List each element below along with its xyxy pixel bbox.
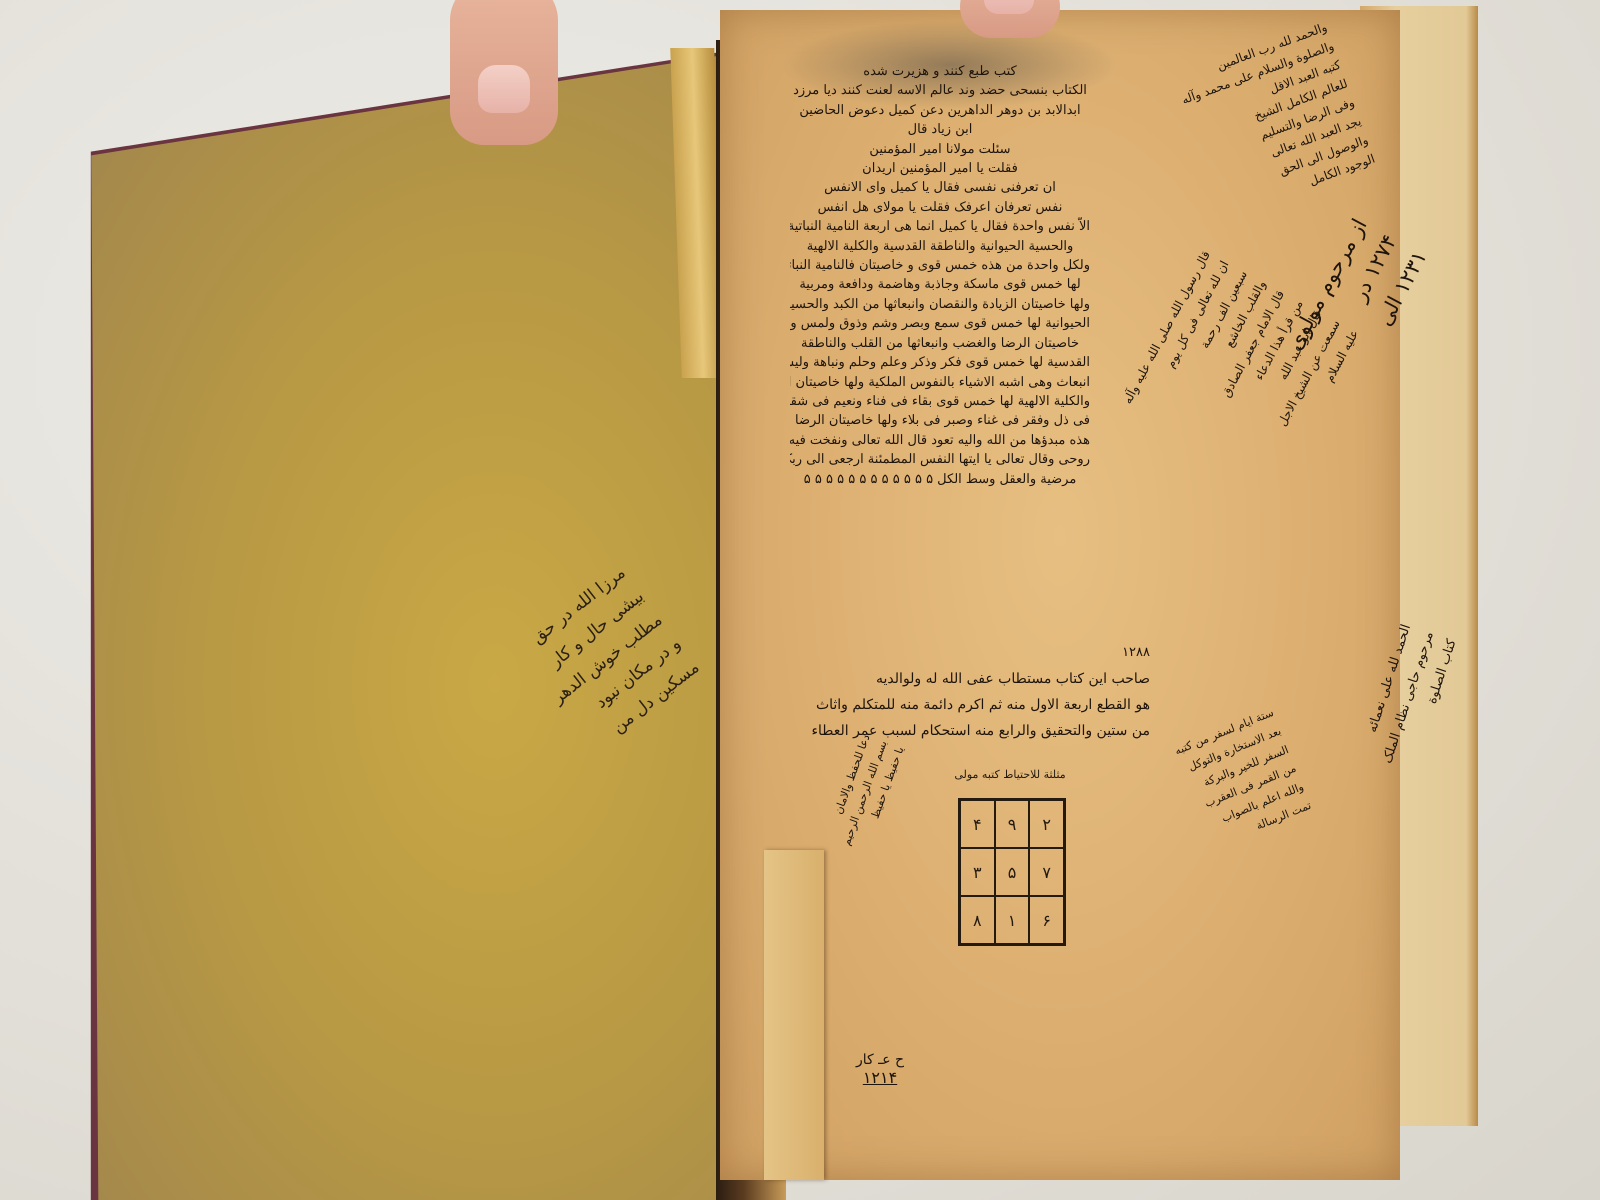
main-text-line: ولها خاصیتان الزیادة والنقصان وانبعاثها … — [790, 295, 1090, 314]
signature-text: ح عـ کار — [820, 1052, 940, 1068]
main-text-line: ولکل واحدة من هذه خمس قوی و خاصیتان فالن… — [790, 256, 1090, 275]
main-text-line: سئلت مولانا امیر المؤمنین — [790, 140, 1090, 159]
main-text-line: روحی وقال تعالی یا ایتها النفس المطمئنة … — [790, 450, 1090, 469]
left-page — [70, 52, 778, 1200]
magic-square-cell: ۱ — [995, 896, 1030, 944]
magic-square-caption: مثلثة للاحتیاط کتبه مولی — [950, 768, 1070, 781]
magic-square-cell: ۷ — [1029, 848, 1064, 896]
note-line: صاحب این کتاب مستطاب عفی الله له ولوالدی… — [800, 666, 1150, 692]
magic-square-cell: ۳ — [960, 848, 995, 896]
main-text-line: والکلیة الالهیة لها خمس قوی بقاء فی فناء… — [790, 392, 1090, 411]
thumbnail — [984, 0, 1034, 14]
bottom-signature: ح عـ کار ١٢١۴ — [820, 1052, 940, 1087]
signature-year: ١٢١۴ — [820, 1068, 940, 1087]
left-thumb — [450, 0, 558, 145]
magic-square-cell: ۵ — [995, 848, 1030, 896]
main-text-line: الحیوانیة لها خمس قوی سمع وبصر وشم وذوق … — [790, 314, 1090, 333]
magic-square-cell: ۸ — [960, 896, 995, 944]
magic-square-cell: ۶ — [1029, 896, 1064, 944]
note-line: من ستین والتحقیق والرابع منه استحکام لسب… — [800, 718, 1150, 744]
magic-square-cell: ۹ — [995, 800, 1030, 848]
main-text-line: کتب طبع کنند و هزیرت شده — [790, 62, 1090, 81]
ownership-date: ١٢٨٨ — [800, 640, 1150, 666]
magic-square-cell: ۴ — [960, 800, 995, 848]
note-line: هو القطع اربعة الاول منه ثم اکرم دائمة م… — [800, 692, 1150, 718]
main-text-line: لها خمس قوی ماسکة وجاذبة وهاضمة ودافعة و… — [790, 275, 1090, 294]
main-text-line: نفس تعرفان اعرفک فقلت یا مولای هل انفس — [790, 198, 1090, 217]
main-text-line: مرضیة والعقل وسط الکل ۵ ۵ ۵ ۵ ۵ ۵ ۵ ۵ ۵ … — [790, 470, 1090, 489]
main-text-line: فی ذل وفقر فی غناء وصبر فی بلاء ولها خاص… — [790, 411, 1090, 430]
main-text-line: فقلت یا امیر المؤمنین اریدان — [790, 159, 1090, 178]
main-text-line: الاّ نفس واحدة فقال یا کمیل انما هی اربع… — [790, 217, 1090, 236]
main-text-line: ان تعرفنی نفسی فقال یا کمیل وای الانفس — [790, 178, 1090, 197]
main-text-line: انبعاث وهی اشبه الاشیاء بالنفوس الملکیة … — [790, 373, 1090, 392]
main-text-line: القدسیة لها خمس قوی فکر وذکر وعلم وحلم و… — [790, 353, 1090, 372]
main-text-line: الکتاب بنسحی حضد وند عالم الاسه لعنت کنن… — [790, 81, 1090, 100]
right-thumb — [960, 0, 1060, 38]
thumbnail — [478, 65, 530, 113]
main-text-line: خاصیتان الرضا والغضب وانبعاثها من القلب … — [790, 334, 1090, 353]
ownership-note: ١٢٨٨ صاحب این کتاب مستطاب عفی الله له ول… — [800, 640, 1150, 744]
magic-square: ۴ ۹ ۲ ۳ ۵ ۷ ۸ ۱ ۶ — [958, 798, 1066, 946]
torn-paper-strip — [764, 850, 824, 1180]
main-text-line: هذه مبدؤها من الله والیه تعود قال الله ت… — [790, 431, 1090, 450]
main-text-line: والحسیة الحیوانیة والناطقة القدسیة والکل… — [790, 237, 1090, 256]
magic-square-cell: ۲ — [1029, 800, 1064, 848]
